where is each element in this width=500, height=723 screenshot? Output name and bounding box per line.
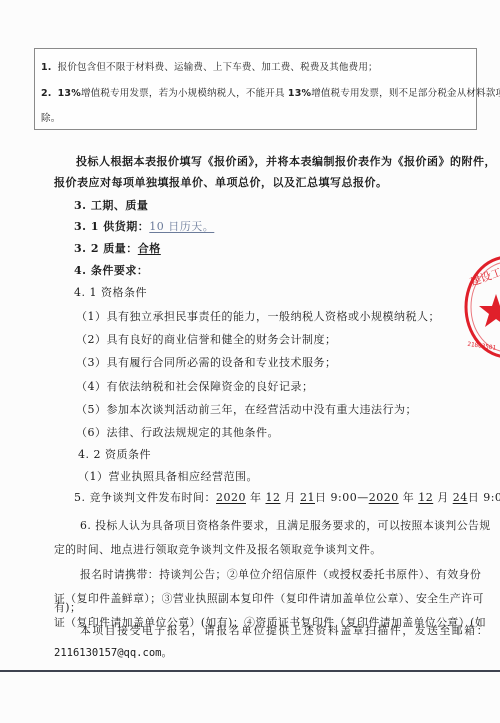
quality-row: 3. 2 质量：合格	[74, 240, 161, 256]
registration-email[interactable]: 2116130157@qq.com。	[54, 645, 172, 660]
month-unit: 月	[433, 491, 453, 504]
document-page: 1.报价包含但不限于材料费、运输费、上下车费、加工费、税费及其他费用； 2.13…	[0, 0, 500, 723]
qualification-item-2: （2）具有良好的商业信誉和健全的财务会计制度；	[76, 331, 337, 347]
supply-period-value: 10 日历天。	[149, 220, 214, 233]
release-time-row: 5. 竞争谈判文件发布时间：2020 年 12 月 21日 9:00—2020 …	[74, 489, 500, 505]
section-3-heading: 3. 工期、质量	[74, 197, 148, 213]
note-text: 增值税专用发票，则不足部分税金从材料款项中扣	[311, 88, 500, 99]
end-year: 2020	[369, 491, 399, 504]
start-month: 12	[266, 491, 281, 504]
note-text: 报价包含但不限于材料费、运输费、上下车费、加工费、税费及其他费用；	[58, 62, 378, 73]
seal-text-top: 建设工	[468, 264, 500, 288]
supply-period-label: 3. 1 供货期：	[74, 220, 149, 233]
start-year: 2020	[216, 491, 246, 504]
certification-item-1: （1）营业执照具备相应经营范围。	[78, 468, 258, 484]
note-number: 1.	[41, 62, 52, 73]
section-6-line-2: 定的时间、地点进行领取竞争谈判文件及报名领取竞争谈判文件。	[54, 542, 382, 557]
start-time: 日 9:00—	[315, 491, 369, 504]
seal-text-bottom: 21803501	[467, 341, 497, 352]
registration-line-2: 证（复印件盖鲜章）；③营业执照副本复印件（复印件请加盖单位公章）、安全生产许可	[54, 591, 484, 606]
note-item-2-continuation: 除。	[41, 110, 60, 124]
registration-line-4: 有)；	[54, 600, 81, 615]
section-4-heading: 4. 条件要求：	[74, 262, 148, 278]
intro-line-2: 报价表应对每项单独填报单价、单项总价，以及汇总填写总报价。	[54, 174, 388, 190]
supply-period-row: 3. 1 供货期：10 日历天。	[74, 218, 214, 234]
release-time-label: 5. 竞争谈判文件发布时间：	[74, 491, 216, 504]
note-item-1: 1.报价包含但不限于材料费、运输费、上下车费、加工费、税费及其他费用；	[41, 59, 378, 73]
registration-line-1: 报名时请携带：持谈判公告；②单位介绍信原件（或授权委托书原件）、有效身份	[80, 567, 481, 582]
qualification-item-4: （4）有依法纳税和社会保障资金的良好记录；	[76, 378, 314, 394]
end-time: 日 9:00。	[468, 491, 500, 504]
intro-line-1: 投标人根据本表报价填写《报价函》，并将本表编制报价表作为《报价函》的附件，	[76, 153, 496, 169]
month-unit: 月	[281, 491, 301, 504]
tax-rate: 13%	[58, 88, 81, 99]
quality-value: 合格	[138, 242, 161, 255]
qualification-item-1: （1）具有独立承担民事责任的能力，一般纳税人资格或小规模纳税人；	[76, 308, 440, 324]
note-text: 增值税专用发票，若为小规模纳税人，不能开具	[81, 88, 288, 99]
start-day: 21	[300, 491, 315, 504]
electronic-registration-line: 本项目接受电子报名，请报名单位提供上述资料盖章扫描件，发送至邮箱：	[80, 623, 489, 638]
qualification-item-3: （3）具有履行合同所必需的设备和专业技术服务；	[76, 354, 337, 370]
end-month: 12	[418, 491, 433, 504]
company-seal-stamp: 建设工 21803501	[463, 252, 500, 362]
note-number: 2.	[41, 88, 52, 99]
quality-label: 3. 2 质量：	[74, 242, 138, 255]
year-unit: 年	[246, 491, 266, 504]
star-icon	[479, 294, 500, 327]
note-item-2: 2.13%增值税专用发票，若为小规模纳税人，不能开具 13%增值税专用发票，则不…	[41, 85, 500, 99]
qualification-item-6: （6）法律、行政法规规定的其他条件。	[76, 424, 279, 440]
tax-rate: 13%	[288, 88, 311, 99]
certification-heading: 4. 2 资质条件	[78, 446, 151, 462]
page-divider	[0, 670, 500, 672]
pricing-notes-box: 1.报价包含但不限于材料费、运输费、上下车费、加工费、税费及其他费用； 2.13…	[34, 48, 477, 130]
end-day: 24	[453, 491, 468, 504]
qualification-heading: 4. 1 资格条件	[74, 284, 147, 300]
qualification-item-5: （5）参加本次谈判活动前三年，在经营活动中没有重大违法行为；	[76, 401, 417, 417]
section-6-line-1: 6. 投标人认为具备项目资格条件要求，且满足服务要求的，可以按照本谈判公告规	[80, 518, 491, 533]
year-unit: 年	[399, 491, 419, 504]
